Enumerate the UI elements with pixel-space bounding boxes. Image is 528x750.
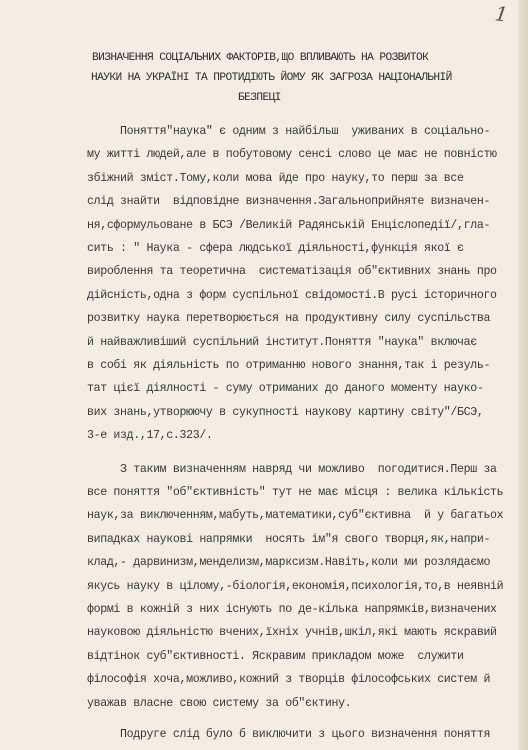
body-line: сить : " Наука - сфера людської діяльнос… [87, 242, 464, 255]
body-line: наук,за виключенням,мабуть,математики,су… [87, 509, 503, 522]
body-line: З таким визначенням навряд чи можливо по… [87, 463, 497, 476]
body-line: Поняття"наука" є одним з найбільш уживан… [87, 125, 490, 138]
body-line: ня,сформульоване в БСЭ /Великій Радянськ… [87, 219, 490, 232]
body-line: все поняття "об"єктивність" тут не має м… [87, 486, 503, 499]
body-line: випадках наукові напрямки носять ім"я св… [87, 533, 490, 546]
body-line: 3-е изд.,17,с.323/. [87, 429, 213, 442]
body-line: відтінок суб"єктивності. Яскравим прикла… [87, 650, 464, 663]
body-line: клад,- дарвинизм,менделизм,марксизм.Наві… [87, 556, 490, 569]
body-line: уважав власне свою систему за об"єктину. [87, 697, 351, 710]
page-edge [518, 0, 528, 750]
body-line: слід знайти відповідне визначення.Загаль… [87, 195, 490, 208]
body-line: тат цієї діялності - суму отриманих до д… [87, 382, 483, 395]
title-line-3: БЕЗПЕЦІ [238, 92, 281, 104]
body-line: в собі як діяльність по отриманню нового… [87, 359, 490, 372]
body-line: розвитку наука перетворюється на продукт… [87, 312, 490, 325]
body-line: Подруге слід було б виключити з цього ви… [87, 728, 490, 741]
body-line: філософія хоча,можливо,кожний з творців … [87, 673, 490, 686]
body-line: вих знань,утворюючу в сукупності наукову… [87, 406, 483, 419]
body-line: науковою діяльністю вчених,їхніх учнів,ш… [87, 626, 497, 639]
body-line: вироблення та теоретична систематізація … [87, 265, 497, 278]
body-line: якусь науку в цілому,-біологія,економія,… [87, 580, 503, 593]
body-line: дійсність,одна з форм суспільної свідомо… [87, 289, 497, 302]
body-line: й найважливіший суспільний інститут.Поня… [87, 336, 477, 349]
title-line-2: НАУКИ НА УКРАЇНІ ТА ПРОТИДІЮТЬ ЙОМУ ЯК З… [91, 72, 452, 84]
body-line: збіжний зміст.Тому,коли мова йде про нау… [87, 172, 464, 185]
title-line-1: ВИЗНАЧЕННЯ СОЦІАЛЬНИХ ФАКТОРІВ,ЩО ВПЛИВА… [92, 52, 428, 64]
body-line: му житті людей,але в побутовому сенсі сл… [87, 148, 497, 161]
body-line: формі в кожній з них існують по де-кільк… [87, 603, 497, 616]
